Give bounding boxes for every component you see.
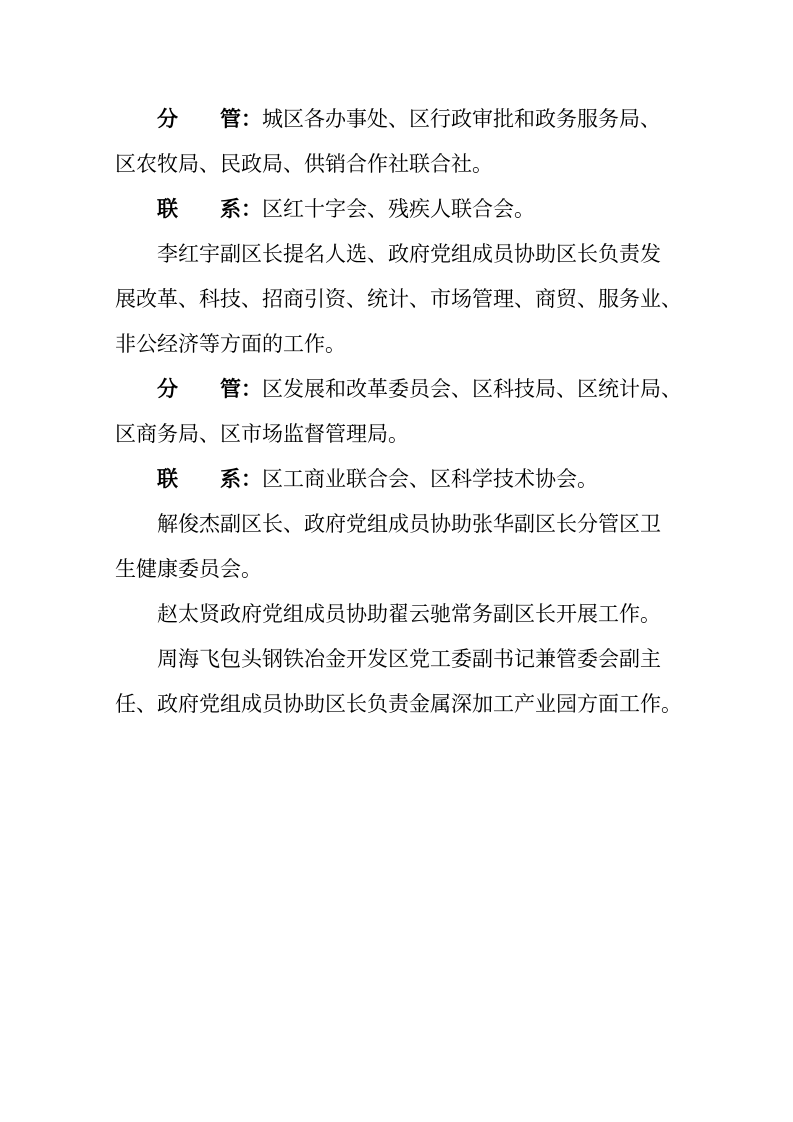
text-line: 区商务局、区市场监督管理局。 [115,412,677,457]
text-run: 区红十字会、残疾人联合会。 [262,198,535,221]
paragraph: 解俊杰副区长、政府党组成员协助张华副区长分管区卫 生健康委员会。 [115,502,677,592]
text-line: 非公经济等方面的工作。 [115,322,677,367]
paragraph: 分 管：城区各办事处、区行政审批和政务服务局、 区农牧局、民政局、供销合作社联合… [115,97,677,187]
text-line: 李红宇副区长提名人选、政府党组成员协助区长负责发 [115,232,677,277]
text-line: 任、政府党组成员协助区长负责金属深加工产业园方面工作。 [115,682,677,727]
text-run: 区工商业联合会、区科学技术协会。 [262,468,598,491]
paragraph: 联 系：区工商业联合会、区科学技术协会。 [115,457,677,502]
field-label: 分 管： [157,108,262,131]
text-line: 生健康委员会。 [115,547,677,592]
text-line: 联 系：区工商业联合会、区科学技术协会。 [115,457,677,502]
paragraph: 周海飞包头钢铁冶金开发区党工委副书记兼管委会副主 任、政府党组成员协助区长负责金… [115,637,677,727]
document-page: 分 管：城区各办事处、区行政审批和政务服务局、 区农牧局、民政局、供销合作社联合… [0,0,793,1122]
paragraph: 分 管：区发展和改革委员会、区科技局、区统计局、 区商务局、区市场监督管理局。 [115,367,677,457]
text-line: 分 管：区发展和改革委员会、区科技局、区统计局、 [115,367,677,412]
field-label: 联 系： [157,198,262,221]
field-label: 联 系： [157,468,262,491]
text-line: 区农牧局、民政局、供销合作社联合社。 [115,142,677,187]
text-line: 周海飞包头钢铁冶金开发区党工委副书记兼管委会副主 [115,637,677,682]
text-run: 区发展和改革委员会、区科技局、区统计局、 [262,378,682,401]
text-line: 联 系：区红十字会、残疾人联合会。 [115,187,677,232]
text-line: 分 管：城区各办事处、区行政审批和政务服务局、 [115,97,677,142]
paragraph: 李红宇副区长提名人选、政府党组成员协助区长负责发 展改革、科技、招商引资、统计、… [115,232,677,367]
text-run: 城区各办事处、区行政审批和政务服务局、 [262,108,661,131]
field-label: 分 管： [157,378,262,401]
text-line: 赵太贤政府党组成员协助翟云驰常务副区长开展工作。 [115,592,677,637]
paragraph: 联 系：区红十字会、残疾人联合会。 [115,187,677,232]
text-line: 解俊杰副区长、政府党组成员协助张华副区长分管区卫 [115,502,677,547]
text-line: 展改革、科技、招商引资、统计、市场管理、商贸、服务业、 [115,277,677,322]
paragraph: 赵太贤政府党组成员协助翟云驰常务副区长开展工作。 [115,592,677,637]
